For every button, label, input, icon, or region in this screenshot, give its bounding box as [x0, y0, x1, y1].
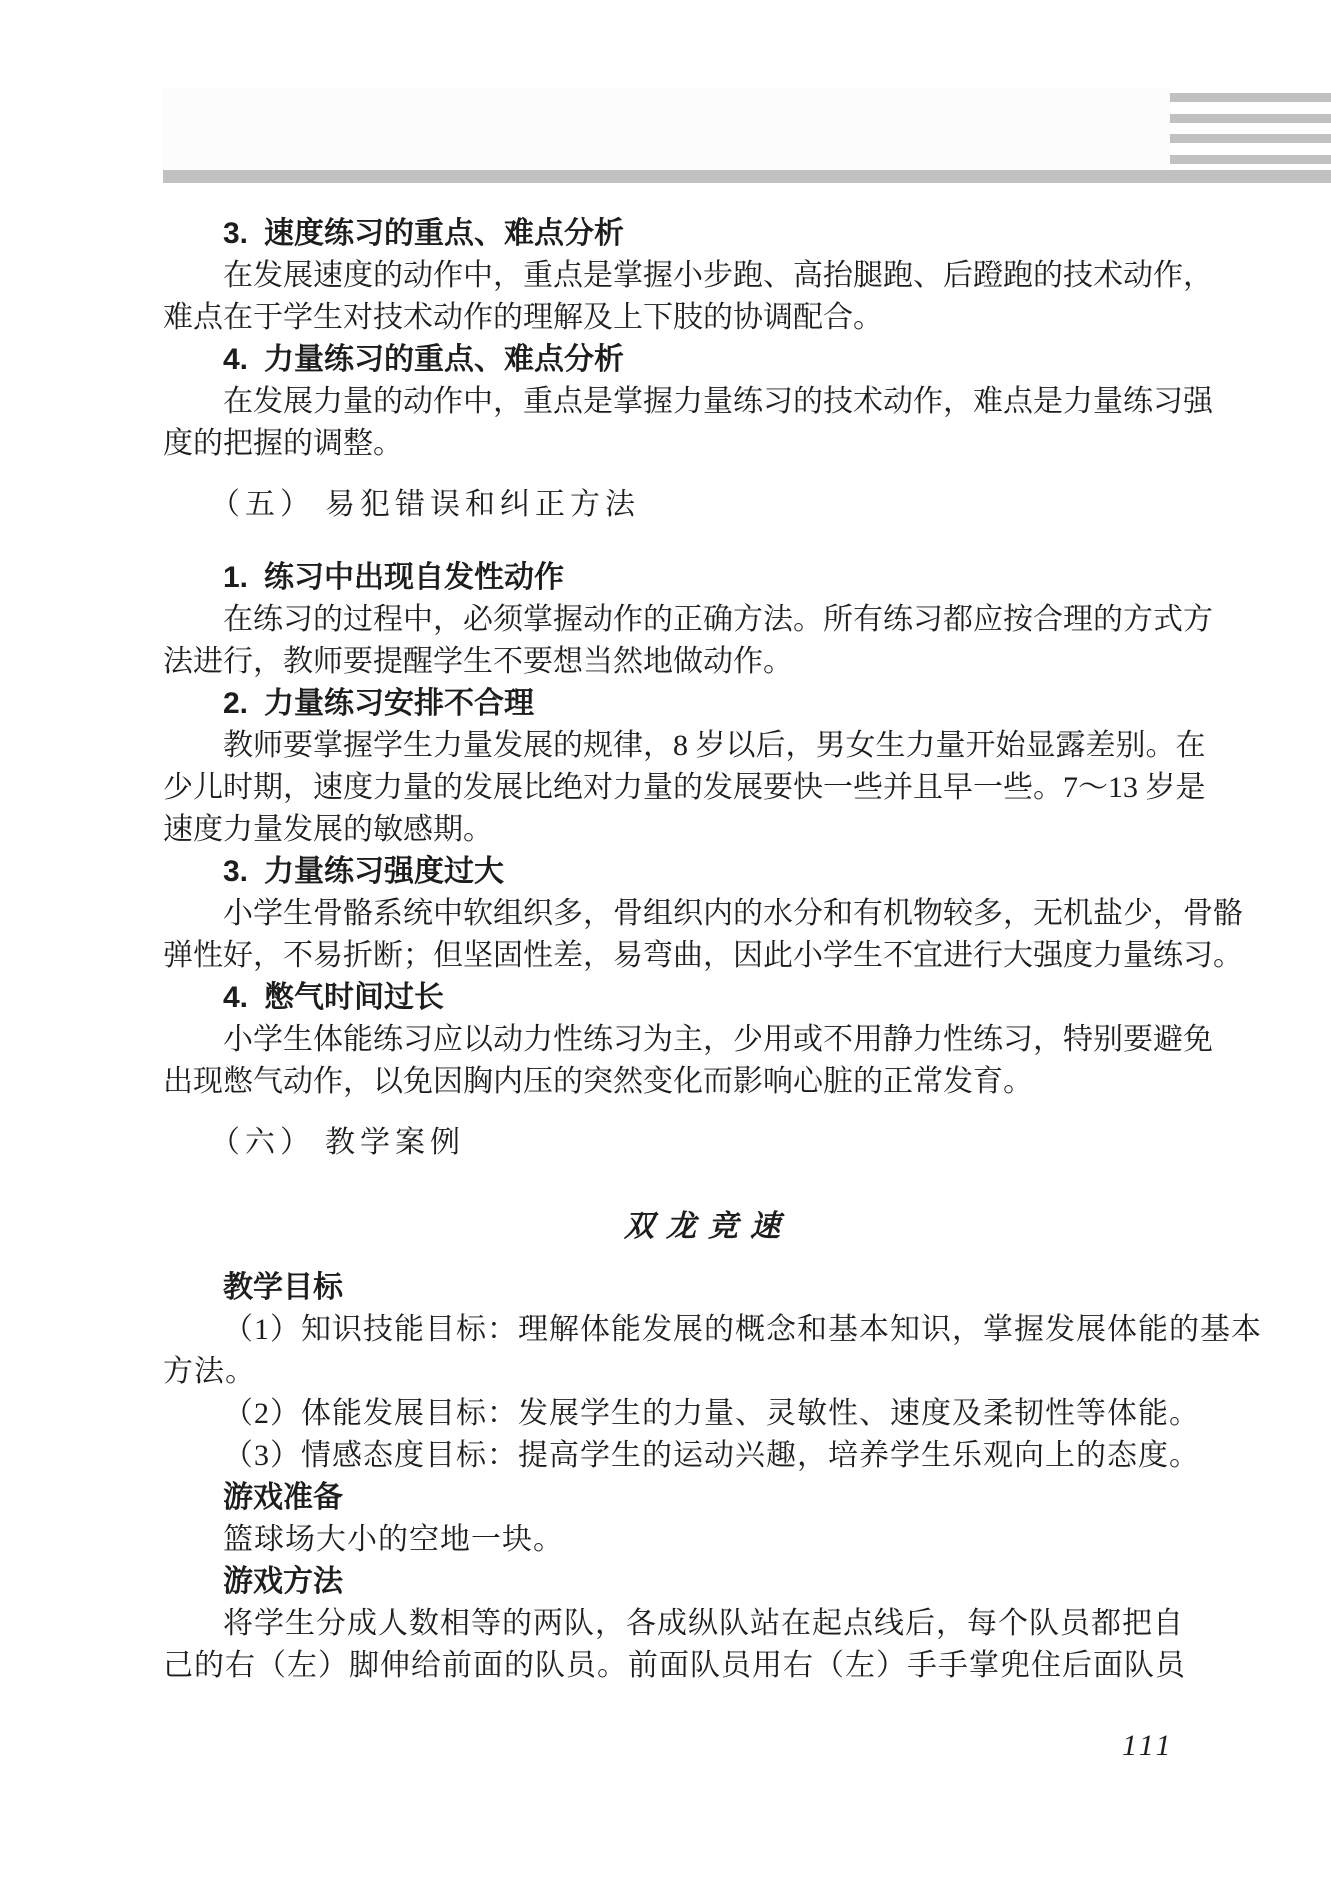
paragraph-line: 方法。: [163, 1351, 1253, 1393]
paragraph-line: 少儿时期，速度力量的发展比绝对力量的发展要快一些并且早一些。7～13 岁是: [163, 767, 1253, 809]
heading-title: 力量练习强度过大: [264, 855, 504, 888]
header-panel: [163, 88, 1170, 170]
paragraph: 小学生体能练习应以动力性练习为主，少用或不用静力性练习，特别要避免出现憋气动作，…: [163, 1019, 1253, 1103]
section-heading-label: （五）: [210, 488, 315, 521]
section-heading-label: （六）: [210, 1126, 315, 1159]
header-stripe: [1170, 114, 1331, 123]
paragraph-line: 教师要掌握学生力量发展的规律，8 岁以后，男女生力量开始显露差别。在: [163, 725, 1253, 767]
document-page: 3.速度练习的重点、难点分析在发展速度的动作中，重点是掌握小步跑、高抬腿跑、后蹬…: [0, 0, 1331, 1884]
bold-heading: 教学目标: [163, 1267, 1253, 1309]
paragraph-line: 己的右（左）脚伸给前面的队员。前面队员用右（左）手手掌兜住后面队员: [163, 1645, 1253, 1687]
page-content: 3.速度练习的重点、难点分析在发展速度的动作中，重点是掌握小步跑、高抬腿跑、后蹬…: [163, 213, 1253, 1687]
game-title: 双龙竞速: [163, 1205, 1253, 1249]
heading-title: 憋气时间过长: [264, 981, 444, 1014]
paragraph-line: 度的把握的调整。: [163, 423, 1253, 465]
section-heading: （六）教学案例: [163, 1121, 1253, 1165]
numbered-heading: 3.力量练习强度过大: [163, 851, 1253, 893]
bold-heading: 游戏方法: [163, 1561, 1253, 1603]
paragraph-line: （1）知识技能目标：理解体能发展的概念和基本知识，掌握发展体能的基本: [163, 1309, 1253, 1351]
page-number: 111: [1122, 1729, 1175, 1763]
paragraph: 篮球场大小的空地一块。: [163, 1519, 1253, 1561]
paragraph: 在发展力量的动作中，重点是掌握力量练习的技术动作，难点是力量练习强度的把握的调整…: [163, 381, 1253, 465]
header-stripe: [1170, 134, 1331, 143]
paragraph-line: 难点在于学生对技术动作的理解及上下肢的协调配合。: [163, 297, 1253, 339]
heading-title: 练习中出现自发性动作: [264, 561, 564, 594]
numbered-heading: 4.力量练习的重点、难点分析: [163, 339, 1253, 381]
paragraph-line: 小学生骨骼系统中软组织多，骨组织内的水分和有机物较多，无机盐少，骨骼: [163, 893, 1253, 935]
bold-heading: 游戏准备: [163, 1477, 1253, 1519]
paragraph-line: 小学生体能练习应以动力性练习为主，少用或不用静力性练习，特别要避免: [163, 1019, 1253, 1061]
heading-number: 4.: [223, 981, 248, 1014]
numbered-heading: 1.练习中出现自发性动作: [163, 557, 1253, 599]
numbered-heading: 4.憋气时间过长: [163, 977, 1253, 1019]
section-heading-title: 教学案例: [325, 1126, 465, 1159]
paragraph-line: 法进行，教师要提醒学生不要想当然地做动作。: [163, 641, 1253, 683]
paragraph-line: （3）情感态度目标：提高学生的运动兴趣，培养学生乐观向上的态度。: [163, 1435, 1253, 1477]
header-stripe: [1170, 155, 1331, 164]
paragraph-line: （2）体能发展目标：发展学生的力量、灵敏性、速度及柔韧性等体能。: [163, 1393, 1253, 1435]
paragraph-line: 弹性好，不易折断；但坚固性差，易弯曲，因此小学生不宜进行大强度力量练习。: [163, 935, 1253, 977]
paragraph: 教师要掌握学生力量发展的规律，8 岁以后，男女生力量开始显露差别。在少儿时期，速…: [163, 725, 1253, 851]
paragraph: （3）情感态度目标：提高学生的运动兴趣，培养学生乐观向上的态度。: [163, 1435, 1253, 1477]
paragraph-line: 篮球场大小的空地一块。: [163, 1519, 1253, 1561]
heading-number: 2.: [223, 687, 248, 720]
paragraph-line: 在发展力量的动作中，重点是掌握力量练习的技术动作，难点是力量练习强: [163, 381, 1253, 423]
heading-number: 4.: [223, 343, 248, 376]
heading-title: 速度练习的重点、难点分析: [264, 217, 624, 250]
header-rule-bar: [163, 170, 1331, 183]
paragraph: 小学生骨骼系统中软组织多，骨组织内的水分和有机物较多，无机盐少，骨骼弹性好，不易…: [163, 893, 1253, 977]
heading-number: 3.: [223, 217, 248, 250]
section-heading-title: 易犯错误和纠正方法: [325, 488, 640, 521]
paragraph-line: 速度力量发展的敏感期。: [163, 809, 1253, 851]
paragraph: 在发展速度的动作中，重点是掌握小步跑、高抬腿跑、后蹬跑的技术动作，难点在于学生对…: [163, 255, 1253, 339]
header-stripe: [1170, 93, 1331, 102]
paragraph-line: 出现憋气动作，以免因胸内压的突然变化而影响心脏的正常发育。: [163, 1061, 1253, 1103]
heading-number: 3.: [223, 855, 248, 888]
paragraph-line: 在练习的过程中，必须掌握动作的正确方法。所有练习都应按合理的方式方: [163, 599, 1253, 641]
heading-number: 1.: [223, 561, 248, 594]
header-stripes-decoration: [1170, 93, 1331, 163]
paragraph-line: 在发展速度的动作中，重点是掌握小步跑、高抬腿跑、后蹬跑的技术动作，: [163, 255, 1253, 297]
numbered-heading: 3.速度练习的重点、难点分析: [163, 213, 1253, 255]
section-heading: （五）易犯错误和纠正方法: [163, 483, 1253, 527]
heading-title: 力量练习安排不合理: [264, 687, 534, 720]
numbered-heading: 2.力量练习安排不合理: [163, 683, 1253, 725]
paragraph-line: 将学生分成人数相等的两队，各成纵队站在起点线后，每个队员都把自: [163, 1603, 1253, 1645]
paragraph: （2）体能发展目标：发展学生的力量、灵敏性、速度及柔韧性等体能。: [163, 1393, 1253, 1435]
heading-title: 力量练习的重点、难点分析: [264, 343, 624, 376]
paragraph: 将学生分成人数相等的两队，各成纵队站在起点线后，每个队员都把自己的右（左）脚伸给…: [163, 1603, 1253, 1687]
paragraph: 在练习的过程中，必须掌握动作的正确方法。所有练习都应按合理的方式方法进行，教师要…: [163, 599, 1253, 683]
paragraph: （1）知识技能目标：理解体能发展的概念和基本知识，掌握发展体能的基本方法。: [163, 1309, 1253, 1393]
